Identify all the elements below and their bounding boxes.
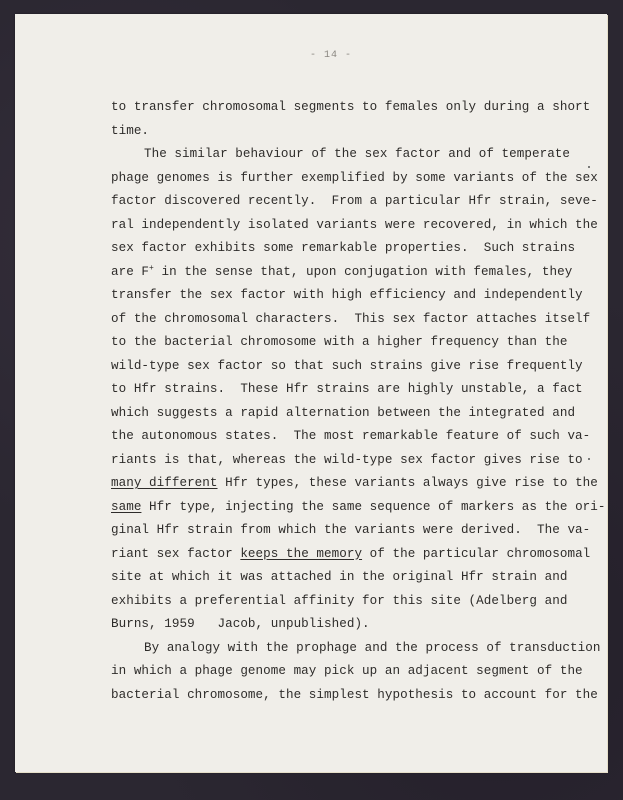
- margin-mark: [588, 166, 590, 168]
- body-text: to transfer chromosomal segments to fema…: [111, 96, 581, 707]
- paragraph-start-line: By analogy with the prophage and the pro…: [111, 637, 581, 661]
- typewritten-page: - 14 - to transfer chromosomal segments …: [15, 14, 607, 772]
- paragraph-start-line: The similar behaviour of the sex factor …: [111, 143, 581, 167]
- text-line: bacterial chromosome, the simplest hypot…: [111, 684, 581, 708]
- text-segment: in the sense that, upon conjugation with…: [154, 265, 572, 279]
- text-line: are F+ in the sense that, upon conjugati…: [111, 261, 581, 285]
- text-line: transfer the sex factor with high effici…: [111, 284, 581, 308]
- text-line: same Hfr type, injecting the same sequen…: [111, 496, 581, 520]
- text-line: many different Hfr types, these variants…: [111, 472, 581, 496]
- underlined-emphasis: same: [111, 500, 141, 514]
- text-line: which suggests a rapid alternation betwe…: [111, 402, 581, 426]
- text-line: exhibits a preferential affinity for thi…: [111, 590, 581, 614]
- text-line: in which a phage genome may pick up an a…: [111, 660, 581, 684]
- underlined-emphasis: many different: [111, 476, 218, 490]
- page-number: - 14 -: [310, 50, 352, 61]
- underlined-emphasis: keeps the memory: [240, 547, 362, 561]
- text-line: riants is that, whereas the wild-type se…: [111, 449, 581, 473]
- text-line: to the bacterial chromosome with a highe…: [111, 331, 581, 355]
- text-segment: Hfr type, injecting the same sequence of…: [141, 500, 605, 514]
- text-segment: Hfr types, these variants always give ri…: [218, 476, 598, 490]
- text-line: to Hfr strains. These Hfr strains are hi…: [111, 378, 581, 402]
- text-segment: are F: [111, 265, 149, 279]
- text-line: to transfer chromosomal segments to fema…: [111, 96, 581, 120]
- text-segment: of the particular chromosomal: [362, 547, 590, 561]
- text-line: time.: [111, 120, 581, 144]
- text-line: phage genomes is further exemplified by …: [111, 167, 581, 191]
- text-line: sex factor exhibits some remarkable prop…: [111, 237, 581, 261]
- text-line: factor discovered recently. From a parti…: [111, 190, 581, 214]
- margin-mark: [588, 458, 590, 460]
- text-line: site at which it was attached in the ori…: [111, 566, 581, 590]
- text-line: riant sex factor keeps the memory of the…: [111, 543, 581, 567]
- text-line: Burns, 1959 Jacob, unpublished).: [111, 613, 581, 637]
- text-line: ral independently isolated variants were…: [111, 214, 581, 238]
- text-line: of the chromosomal characters. This sex …: [111, 308, 581, 332]
- text-line: the autonomous states. The most remarkab…: [111, 425, 581, 449]
- text-segment: riant sex factor: [111, 547, 240, 561]
- text-line: wild-type sex factor so that such strain…: [111, 355, 581, 379]
- text-line: ginal Hfr strain from which the variants…: [111, 519, 581, 543]
